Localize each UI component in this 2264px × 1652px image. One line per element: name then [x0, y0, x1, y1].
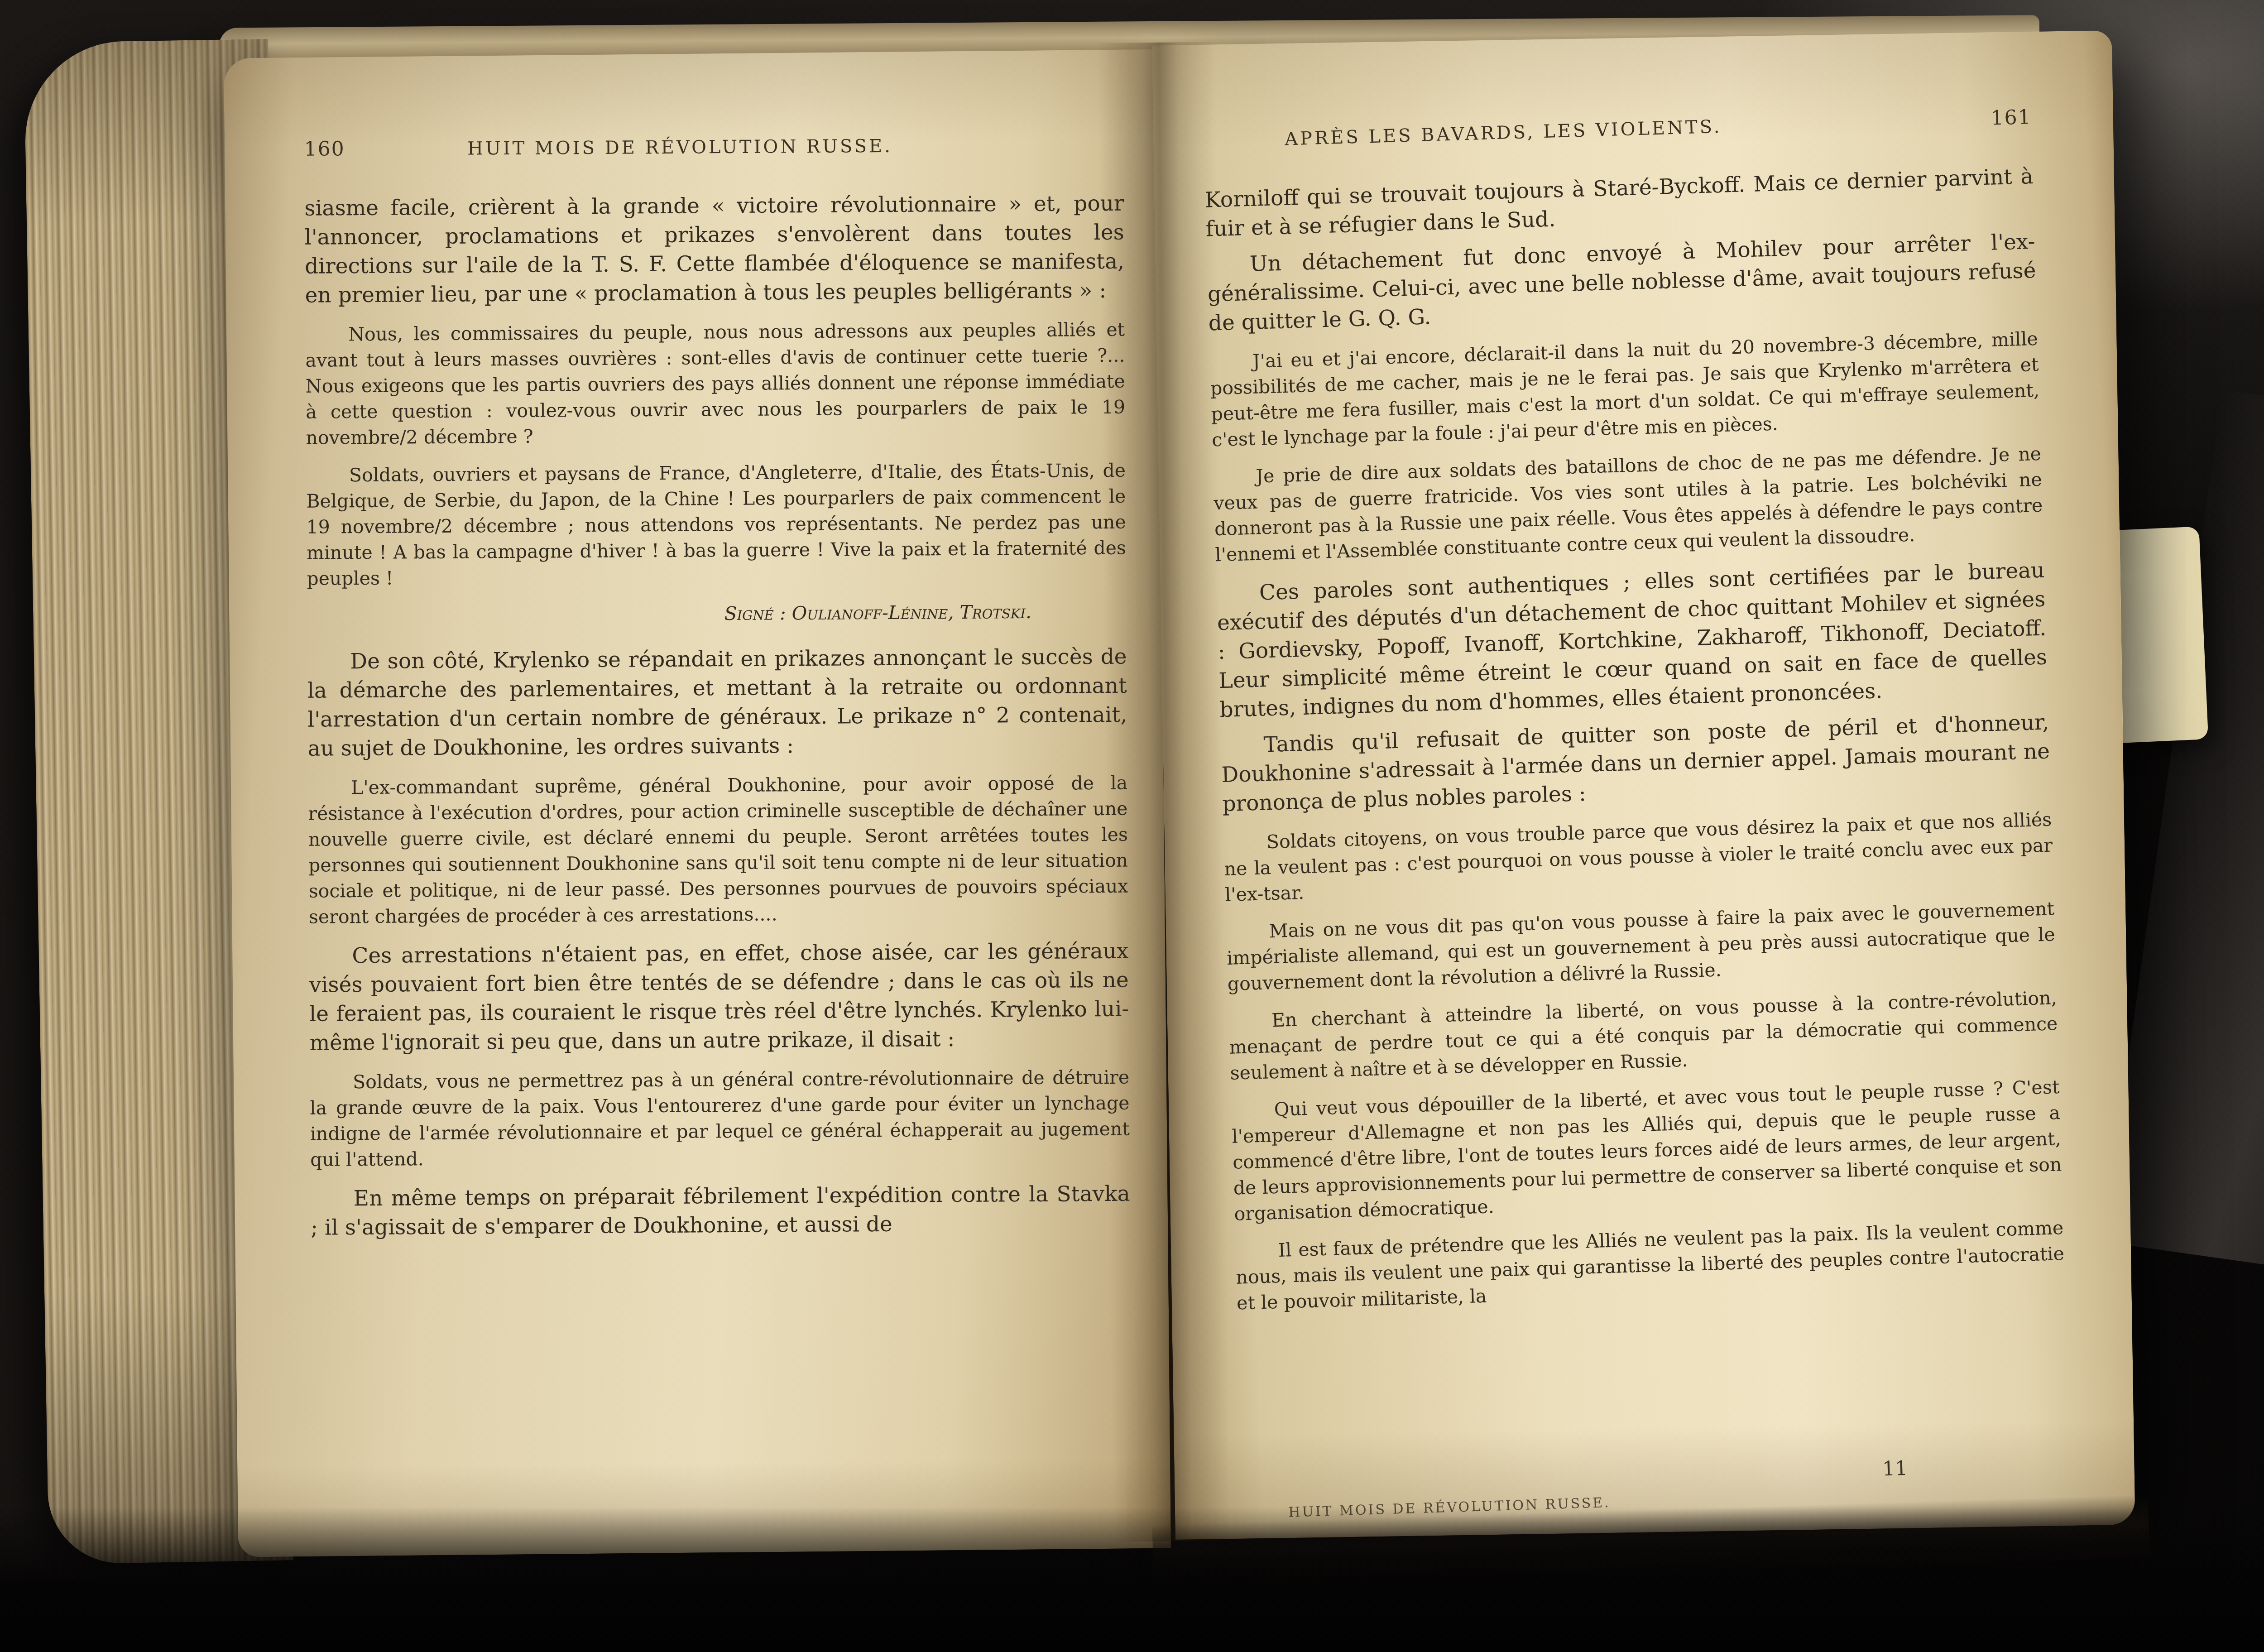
quote-paragraph: Soldats, vous ne permettrez pas à un gén…	[310, 1065, 1130, 1173]
quote-paragraph: Mais on ne vous dit pas qu'on vous pouss…	[1226, 896, 2056, 997]
quote-paragraph: Soldats, ouvriers et paysans de France, …	[306, 458, 1127, 592]
left-page: 160 HUIT MOIS DE RÉVOLUTION RUSSE. siasm…	[304, 133, 1132, 1532]
left-page-number: 160	[304, 137, 345, 161]
dark-shelf-shadow	[0, 1507, 2264, 1652]
signature-line: Signé : Oulianoff-Lénine, Trotski.	[307, 599, 1127, 629]
quote-paragraph: En cherchant à atteindre la liberté, on …	[1228, 985, 2059, 1086]
photo-of-open-book: { "colors": { "background_dark": "#0e0c0…	[0, 0, 2264, 1652]
body-paragraph: En même temps on préparait fébrilement l…	[311, 1180, 1131, 1243]
quote-paragraph: L'ex-commandant suprême, général Doukhon…	[308, 770, 1128, 930]
body-paragraph: siasme facile, crièrent à la grande « vi…	[304, 189, 1125, 310]
quote-paragraph: Soldats citoyens, on vous trouble parce …	[1223, 807, 2053, 908]
right-page: APRÈS LES BAVARDS, LES VIOLENTS. 161 Kor…	[1203, 106, 2072, 1523]
left-running-head-row: 160 HUIT MOIS DE RÉVOLUTION RUSSE.	[304, 133, 1123, 161]
body-paragraph: De son côté, Krylenko se répandait en pr…	[307, 643, 1127, 764]
body-paragraph: Ces arrestations n'étaient pas, en effet…	[309, 937, 1129, 1058]
body-paragraph: Ces paroles sont authentiques ; elles so…	[1216, 556, 2048, 725]
body-paragraph: Tandis qu'il refusait de quitter son pos…	[1220, 708, 2051, 819]
quote-paragraph: J'ai eu et j'ai encore, déclarait-il dan…	[1209, 326, 2041, 453]
open-book: 160 HUIT MOIS DE RÉVOLUTION RUSSE. siasm…	[29, 8, 2181, 1577]
quote-paragraph: Je prie de dire aux soldats des bataillo…	[1213, 441, 2044, 568]
quote-paragraph: Il est faux de prétendre que les Alliés …	[1235, 1215, 2065, 1316]
signature-number: 11	[1882, 1457, 1908, 1481]
quote-paragraph: Nous, les commissaires du peuple, nous n…	[305, 317, 1126, 451]
right-page-number: 161	[1991, 106, 2032, 130]
left-running-head: HUIT MOIS DE RÉVOLUTION RUSSE.	[467, 135, 1001, 159]
quote-paragraph: Qui veut vous dépouiller de la liberté, …	[1231, 1074, 2063, 1227]
body-paragraph: Un détachement fut donc envoyé à Mohilev…	[1206, 227, 2037, 338]
